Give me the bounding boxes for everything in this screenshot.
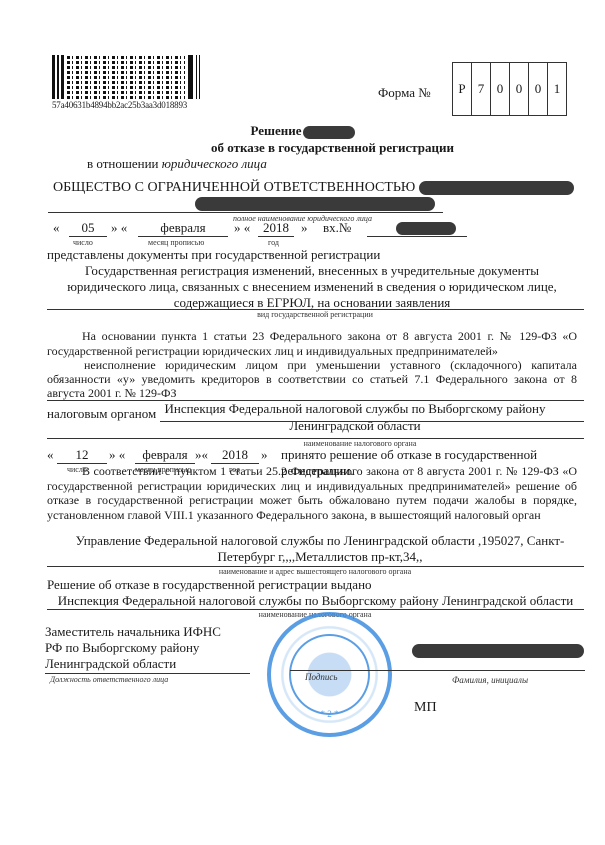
issued-value: Инспекция Федеральной налоговой службы п…	[47, 593, 584, 609]
submission-day: 05	[69, 220, 107, 236]
form-digit: 7	[472, 63, 491, 115]
redacted-entity-part	[195, 197, 435, 211]
decision-day: 12	[57, 447, 107, 463]
signature-caption: Подпись	[305, 672, 338, 682]
entity-name: ОБЩЕСТВО С ОГРАНИЧЕННОЙ ОТВЕТСТВЕННОСТЬЮ	[53, 180, 574, 196]
form-number-boxes: Р 7 0 0 0 1	[452, 62, 567, 116]
submission-year: 2018	[258, 220, 294, 236]
incoming-number-label: вх.№	[323, 220, 351, 236]
appeal-authority-caption: наименование и адрес вышестоящего налого…	[0, 567, 605, 576]
form-digit: 0	[510, 63, 529, 115]
seal-label: МП	[414, 700, 437, 716]
form-digit: 1	[548, 63, 566, 115]
basis-text: На основании пункта 1 статьи 23 Федераль…	[47, 329, 577, 359]
tax-authority-value: Инспекция Федеральной налоговой службы п…	[160, 400, 550, 434]
barcode	[52, 55, 200, 99]
documents-value: Государственная регистрация изменений, в…	[47, 263, 577, 311]
barcode-code: 57a40631b4894bb2ac25b3aa3d018893	[52, 100, 187, 110]
redacted-signer-name	[412, 644, 584, 658]
form-digit: 0	[491, 63, 510, 115]
tax-authority-label: налоговым органом	[47, 406, 156, 422]
documents-caption: вид государственной регистрации	[0, 310, 605, 319]
subject-line: в отношении юридического лица	[87, 156, 267, 172]
decision-year: 2018	[211, 447, 259, 463]
document-title: Решение	[0, 123, 605, 139]
issued-label: Решение об отказе в государственной реги…	[47, 577, 372, 593]
title-line1: Решение	[250, 123, 301, 138]
form-digit: 0	[529, 63, 548, 115]
name-caption: Фамилия, инициалы	[452, 675, 528, 685]
submission-date: « 05 число » « февраля месяц прописью » …	[53, 220, 473, 250]
signer-position: Заместитель начальника ИФНС РФ по Выборг…	[45, 624, 225, 672]
barcode-matrix	[67, 55, 185, 99]
form-label: Форма №	[378, 85, 431, 101]
appeal-text: В соответствии с пунктом 1 статьи 25.2 Ф…	[47, 464, 577, 522]
redacted-entity-part	[419, 181, 574, 195]
document-subtitle: об отказе в государственной регистрации	[0, 140, 605, 156]
position-caption: Должность ответственного лица	[50, 675, 168, 684]
appeal-authority: Управление Федеральной налоговой службы …	[60, 533, 580, 565]
redacted-number	[303, 126, 355, 139]
documents-label: представлены документы при государственн…	[47, 247, 380, 263]
submission-month: февраля	[138, 220, 228, 236]
redacted-incoming-number	[396, 222, 456, 235]
refusal-reason: неисполнение юридическим лицом при умень…	[47, 358, 577, 400]
form-digit: Р	[453, 63, 472, 115]
decision-month: февраля	[135, 447, 195, 463]
